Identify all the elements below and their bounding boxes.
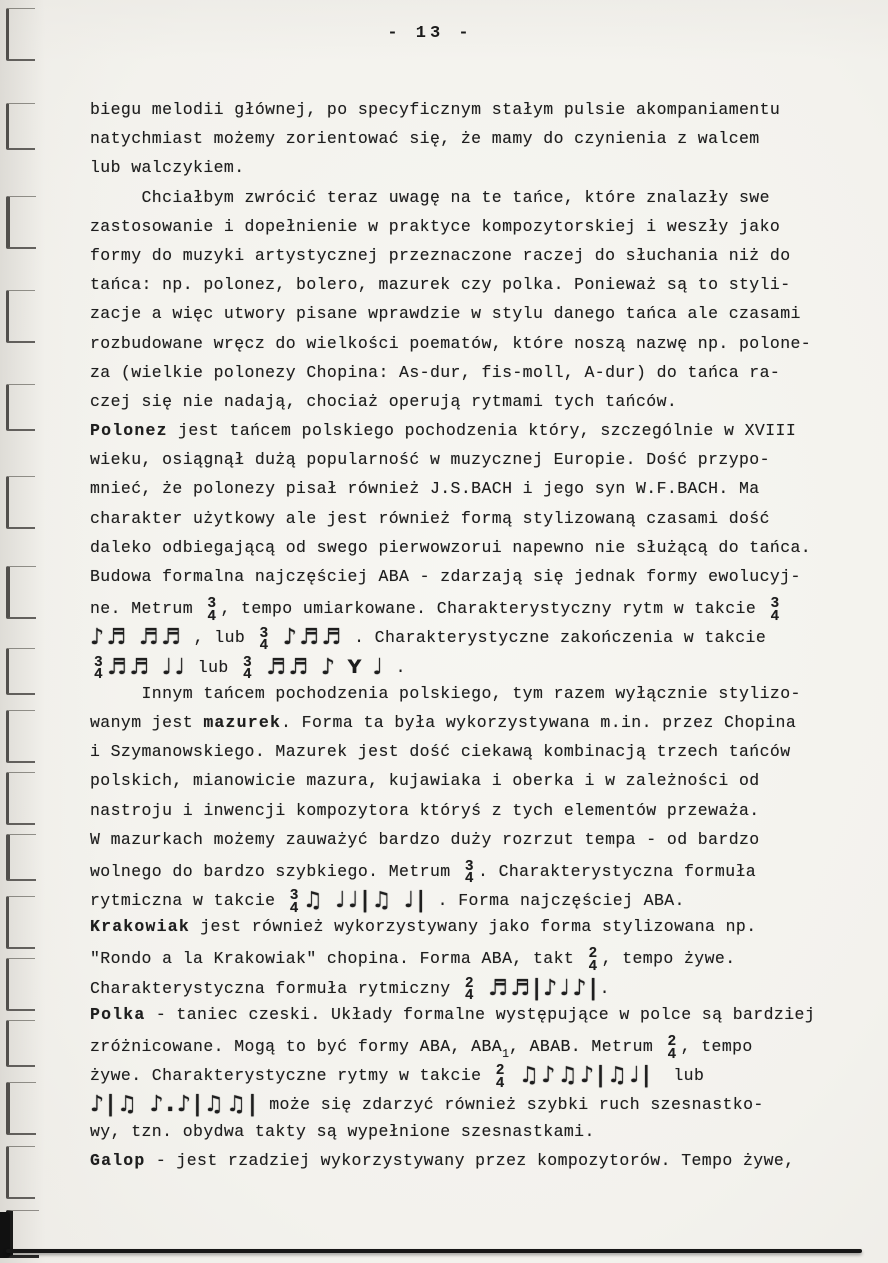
body-text: Budowa formalna najczęściej ABA - zdarza…	[90, 567, 801, 586]
time-signature: 24	[496, 1065, 505, 1090]
time-signature: 24	[465, 978, 474, 1003]
body-text: natychmiast możemy zorientować się, że m…	[90, 129, 760, 148]
time-signature: 34	[770, 598, 779, 623]
binding-hole-mark	[6, 566, 36, 619]
body-text: ne. Metrum	[90, 599, 203, 618]
binding-hole-mark	[6, 1082, 36, 1135]
binding-hole-mark	[6, 290, 35, 343]
music-notation: ♪♬♬	[273, 625, 344, 650]
text-line: 34♬♬ ♩♩ lub 34 ♬♬ ♪ Y ♩ .	[90, 655, 842, 684]
body-text: lub walczykiem.	[90, 158, 245, 177]
text-line: Innym tańcem pochodzenia polskiego, tym …	[90, 684, 842, 713]
body-text: polskich, mianowicie mazura, kujawiaka i…	[90, 771, 760, 790]
body-text: - jest rzadziej wykorzystywany przez kom…	[146, 1151, 795, 1170]
text-line: Budowa formalna najczęściej ABA - zdarza…	[90, 567, 842, 596]
body-text: . Forma najczęściej ABA.	[427, 891, 685, 910]
time-signature: 34	[94, 657, 103, 682]
text-line: rozbudowane wręcz do wielkości poematów,…	[90, 334, 842, 363]
body-text: , tempo	[681, 1037, 753, 1056]
text-line: wanym jest mazurek. Forma ta była wykorz…	[90, 713, 842, 742]
dance-name-bold: Krakowiak	[90, 917, 190, 936]
body-text: wolnego do bardzo szybkiego. Metrum	[90, 862, 461, 881]
body-text: - taniec czeski. Układy formalne występu…	[146, 1005, 816, 1024]
text-line: lub walczykiem.	[90, 158, 842, 187]
binding-hole-mark	[6, 476, 35, 529]
dance-name-bold: mazurek	[203, 713, 281, 732]
quarter-rest-mark: Y	[348, 656, 363, 678]
music-notation: ♩	[362, 655, 385, 680]
text-line: za (wielkie polonezy Chopina: As-dur, fi…	[90, 363, 842, 392]
body-text: za (wielkie polonezy Chopina: As-dur, fi…	[90, 363, 780, 382]
body-text: Chciałbym zwrócić teraz uwagę na te tańc…	[90, 188, 770, 207]
body-text: daleko odbiegającą od swego pierwowzorui…	[90, 538, 811, 557]
page-number: - 13 -	[0, 24, 860, 43]
binding-hole-mark	[6, 103, 35, 150]
time-signature: 24	[668, 1036, 677, 1061]
text-line: i Szymanowskiego. Mazurek jest dość ciek…	[90, 742, 842, 771]
time-signature: 34	[465, 861, 474, 886]
text-line: charakter użytkowy ale jest również form…	[90, 509, 842, 538]
text-line: zróżnicowane. Mogą to być formy ABA, ABA…	[90, 1034, 842, 1063]
time-signature: 24	[588, 948, 597, 973]
binding-hole-mark	[6, 896, 35, 949]
text-line: polskich, mianowicie mazura, kujawiaka i…	[90, 771, 842, 800]
text-line: Galop - jest rzadziej wykorzystywany prz…	[90, 1151, 842, 1180]
text-line: Polka - taniec czeski. Układy formalne w…	[90, 1005, 842, 1034]
body-text: W mazurkach możemy zauważyć bardzo duży …	[90, 830, 760, 849]
music-notation: ♬♬|♪♩♪|	[478, 976, 600, 1001]
text-line: wolnego do bardzo szybkiego. Metrum 34. …	[90, 859, 842, 888]
dance-name-bold: Galop	[90, 1151, 146, 1170]
body-text: . Forma ta była wykorzystywana m.in. prz…	[281, 713, 796, 732]
text-line: zastosowanie i dopełnienie w praktyce ko…	[90, 217, 842, 246]
body-text: , tempo umiarkowane. Charakterystyczny r…	[220, 599, 766, 618]
body-text: może się zdarzyć również szybki ruch sze…	[259, 1095, 764, 1114]
text-line: ♪♬ ♬♬ , lub 34 ♪♬♬ . Charakterystyczne z…	[90, 625, 842, 654]
body-text: zacje a więc utwory pisane wprawdzie w s…	[90, 304, 801, 323]
text-line: wy, tzn. obydwa takty są wypełnione szes…	[90, 1122, 842, 1151]
time-signature: 34	[243, 657, 252, 682]
body-text: , ABAB. Metrum	[509, 1037, 664, 1056]
text-line: Chciałbym zwrócić teraz uwagę na te tańc…	[90, 188, 842, 217]
page-body: biegu melodii głównej, po specyficznym s…	[90, 100, 842, 1180]
text-line: formy do muzyki artystycznej przeznaczon…	[90, 246, 842, 275]
body-text: jest tańcem polskiego pochodzenia który,…	[168, 421, 796, 440]
text-line: natychmiast możemy zorientować się, że m…	[90, 129, 842, 158]
binding-hole-mark	[6, 1146, 35, 1199]
text-line: Charakterystyczna formuła rytmiczny 24 ♬…	[90, 976, 842, 1005]
text-line: ne. Metrum 34, tempo umiarkowane. Charak…	[90, 596, 842, 625]
binding-hole-mark	[6, 1020, 35, 1067]
binding-hole-mark	[6, 384, 35, 431]
text-line: rytmiczna w takcie 34♫ ♩♩|♫ ♩| . Forma n…	[90, 888, 842, 917]
dance-name-bold: Polka	[90, 1005, 146, 1024]
music-notation: ♪♬ ♬♬	[90, 625, 183, 650]
text-line: żywe. Charakterystyczne rytmy w takcie 2…	[90, 1063, 842, 1092]
binding-marks-column	[0, 0, 60, 1263]
body-text: mnieć, że polonezy pisał również J.S.BAC…	[90, 479, 760, 498]
music-notation: ♬♬ ♪	[256, 655, 347, 680]
body-text: . Charakterystyczne zakończenia w takcie	[344, 628, 766, 647]
text-line: W mazurkach możemy zauważyć bardzo duży …	[90, 830, 842, 859]
page-bottom-edge	[6, 1249, 862, 1253]
body-text: , tempo żywe.	[602, 949, 736, 968]
body-text: Charakterystyczna formuła rytmiczny	[90, 979, 461, 998]
binding-hole-mark	[6, 710, 35, 763]
body-text: zastosowanie i dopełnienie w praktyce ko…	[90, 217, 780, 236]
body-text: nastroju i inwencji kompozytora któryś z…	[90, 801, 760, 820]
binding-hole-mark	[6, 772, 35, 825]
time-signature: 34	[290, 890, 299, 915]
text-line: zacje a więc utwory pisane wprawdzie w s…	[90, 304, 842, 333]
subscript-digit: 1	[502, 1048, 509, 1061]
text-line: ♪|♫ ♪.♪|♫♫| może się zdarzyć również szy…	[90, 1092, 842, 1121]
text-line: mnieć, że polonezy pisał również J.S.BAC…	[90, 479, 842, 508]
body-text: "Rondo a la Krakowiak" chopina. Forma AB…	[90, 949, 584, 968]
binding-hole-mark	[6, 834, 36, 881]
music-notation: ♪|♫ ♪.♪|♫♫|	[90, 1092, 259, 1117]
body-text: zróżnicowane. Mogą to być formy ABA, ABA	[90, 1037, 502, 1056]
body-text: Innym tańcem pochodzenia polskiego, tym …	[90, 684, 801, 703]
body-text: rozbudowane wręcz do wielkości poematów,…	[90, 334, 811, 353]
body-text: , lub	[183, 628, 255, 647]
text-line: Krakowiak jest również wykorzystywany ja…	[90, 917, 842, 946]
binding-hole-mark	[6, 648, 35, 695]
binding-hole-mark	[6, 958, 35, 1011]
body-text: biegu melodii głównej, po specyficznym s…	[90, 100, 780, 119]
body-text: wanym jest	[90, 713, 203, 732]
body-text: .	[600, 979, 610, 998]
body-text: tańca: np. polonez, bolero, mazurek czy …	[90, 275, 791, 294]
binding-hole-mark	[6, 196, 36, 249]
music-notation: ♬♬ ♩♩	[107, 655, 187, 680]
body-text: rytmiczna w takcie	[90, 891, 286, 910]
text-line: daleko odbiegającą od swego pierwowzorui…	[90, 538, 842, 567]
body-text: . Charakterystyczna formuła	[478, 862, 756, 881]
time-signature: 34	[207, 598, 216, 623]
text-line: czej się nie nadają, chociaż operują ryt…	[90, 392, 842, 421]
text-line: Polonez jest tańcem polskiego pochodzeni…	[90, 421, 842, 450]
text-line: tańca: np. polonez, bolero, mazurek czy …	[90, 275, 842, 304]
body-text: wy, tzn. obydwa takty są wypełnione szes…	[90, 1122, 595, 1141]
text-line: "Rondo a la Krakowiak" chopina. Forma AB…	[90, 946, 842, 975]
body-text: wieku, osiągnął dużą popularność w muzyc…	[90, 450, 770, 469]
body-text: formy do muzyki artystycznej przeznaczon…	[90, 246, 791, 265]
text-line: biegu melodii głównej, po specyficznym s…	[90, 100, 842, 129]
body-text: i Szymanowskiego. Mazurek jest dość ciek…	[90, 742, 791, 761]
body-text: czej się nie nadają, chociaż operują ryt…	[90, 392, 677, 411]
body-text: .	[385, 658, 406, 677]
body-text: lub	[653, 1066, 705, 1085]
music-notation: ♫♪♫♪|♫♩|	[509, 1063, 653, 1088]
dance-name-bold: Polonez	[90, 421, 168, 440]
music-notation: ♫ ♩♩|♫ ♩|	[303, 888, 427, 913]
text-line: nastroju i inwencji kompozytora któryś z…	[90, 801, 842, 830]
body-text: żywe. Charakterystyczne rytmy w takcie	[90, 1066, 492, 1085]
text-line: wieku, osiągnął dużą popularność w muzyc…	[90, 450, 842, 479]
body-text: lub	[187, 658, 239, 677]
time-signature: 34	[260, 628, 269, 653]
body-text: jest również wykorzystywany jako forma s…	[190, 917, 757, 936]
body-text: charakter użytkowy ale jest również form…	[90, 509, 770, 528]
